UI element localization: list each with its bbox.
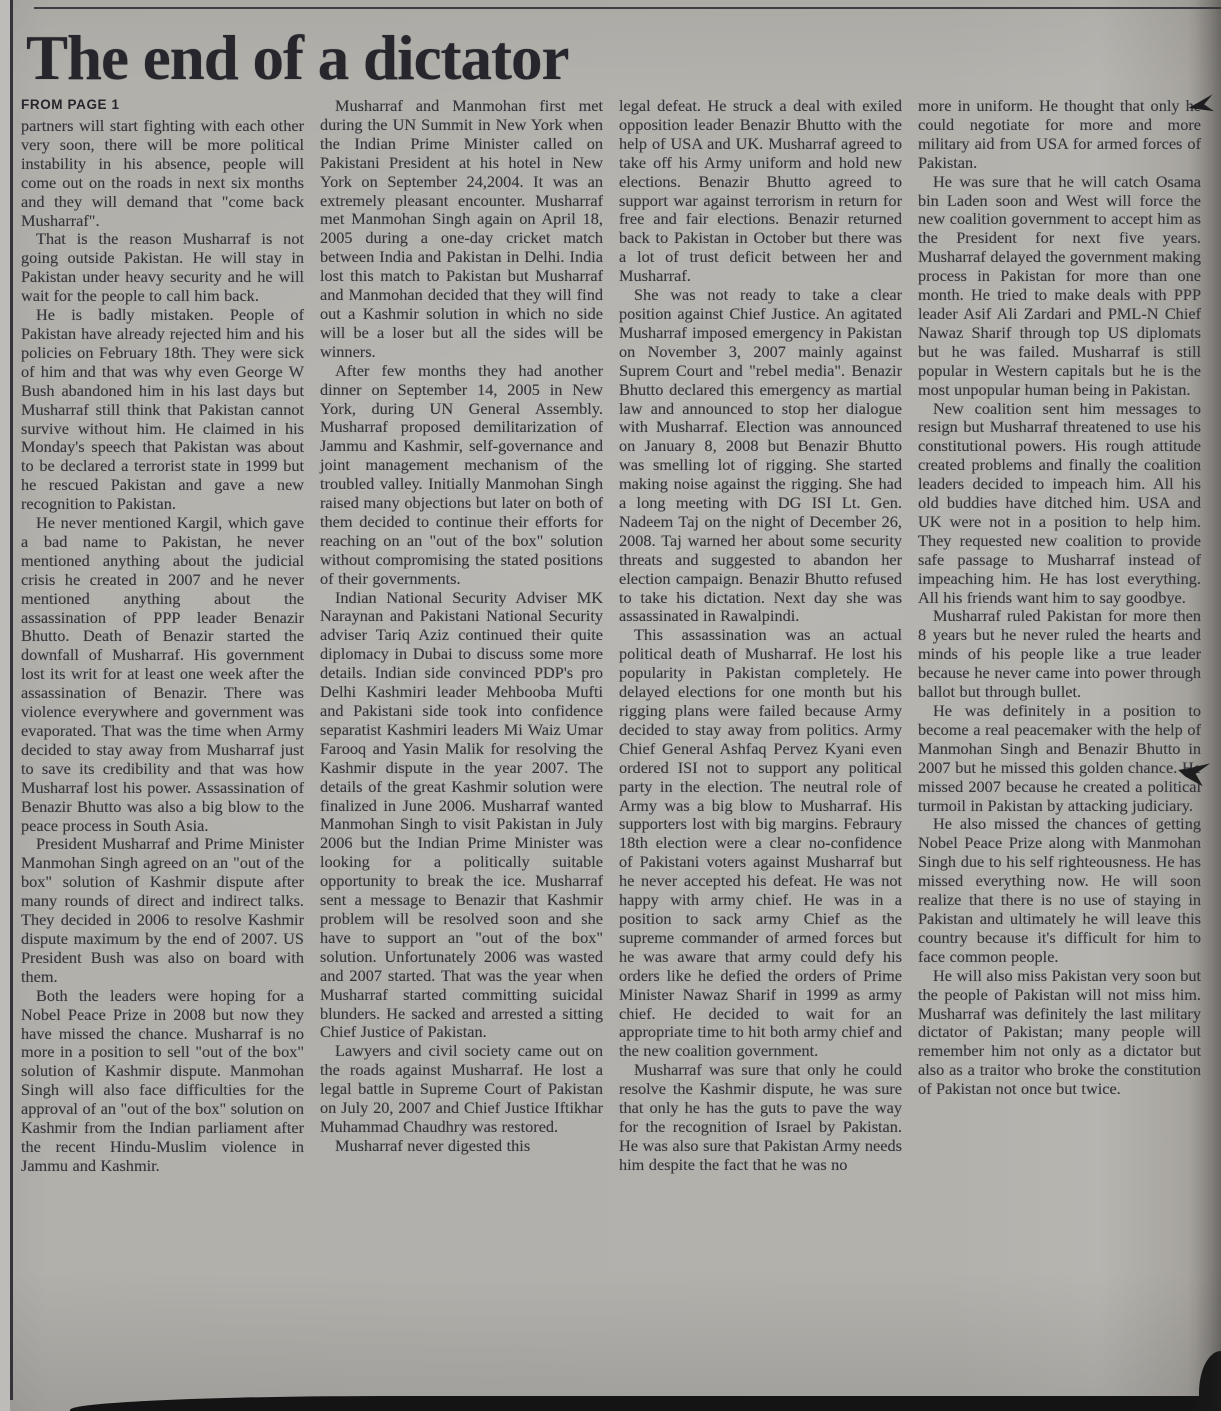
left-column-rule bbox=[10, 0, 13, 1400]
newspaper-page: The end of a dictator FROM PAGE 1 partne… bbox=[0, 0, 1221, 1411]
article-paragraph: President Musharraf and Prime Minister M… bbox=[21, 835, 304, 986]
article-body: FROM PAGE 1 partners will start fighting… bbox=[21, 97, 1201, 1176]
scan-shadow-corner bbox=[1199, 1351, 1221, 1411]
article-paragraph: She was not ready to take a clear positi… bbox=[619, 286, 902, 626]
article-paragraph: He is badly mistaken. People of Pakistan… bbox=[21, 306, 304, 514]
article-paragraph: He will also miss Pakistan very soon but… bbox=[918, 967, 1201, 1099]
article-paragraph: Musharraf was sure that only he could re… bbox=[619, 1061, 902, 1174]
article-paragraph: Both the leaders were hoping for a Nobel… bbox=[21, 987, 304, 1176]
article-paragraph: New coalition sent him messages to resig… bbox=[918, 400, 1201, 608]
article-title: The end of a dictator bbox=[26, 22, 568, 95]
article-column-1: FROM PAGE 1 partners will start fighting… bbox=[21, 97, 304, 1176]
article-paragraph: That is the reason Musharraf is not goin… bbox=[21, 230, 304, 306]
article-column-4: more in uniform. He thought that only he… bbox=[918, 97, 1201, 1176]
article-column-3: legal defeat. He struck a deal with exil… bbox=[619, 97, 902, 1176]
article-paragraph: more in uniform. He thought that only he… bbox=[918, 97, 1201, 173]
article-paragraph: He was sure that he will catch Osama bin… bbox=[918, 173, 1201, 400]
article-paragraph: Musharraf and Manmohan first met during … bbox=[320, 97, 603, 362]
top-rule bbox=[34, 7, 1221, 9]
scan-left-edge bbox=[0, 0, 10, 1411]
article-paragraph: partners will start fighting with each o… bbox=[21, 117, 304, 230]
article-paragraph: After few months they had another dinner… bbox=[320, 362, 603, 589]
article-paragraph: Lawyers and civil society came out on th… bbox=[320, 1042, 603, 1137]
article-paragraph: Musharraf never digested this bbox=[320, 1137, 603, 1156]
article-paragraph: Musharraf ruled Pakistan for more then 8… bbox=[918, 607, 1201, 702]
continuation-kicker: FROM PAGE 1 bbox=[21, 97, 304, 112]
article-paragraph: This assassination was an actual politic… bbox=[619, 626, 902, 1061]
article-paragraph: He never mentioned Kargil, which gave a … bbox=[21, 514, 304, 835]
article-paragraph: legal defeat. He struck a deal with exil… bbox=[619, 97, 902, 286]
article-column-2: Musharraf and Manmohan first met during … bbox=[320, 97, 603, 1176]
scan-shadow-bottom bbox=[70, 1396, 1221, 1411]
article-paragraph: He was definitely in a position to becom… bbox=[918, 702, 1201, 815]
article-paragraph: Indian National Security Adviser MK Nara… bbox=[320, 589, 603, 1043]
article-paragraph: He also missed the chances of getting No… bbox=[918, 815, 1201, 966]
